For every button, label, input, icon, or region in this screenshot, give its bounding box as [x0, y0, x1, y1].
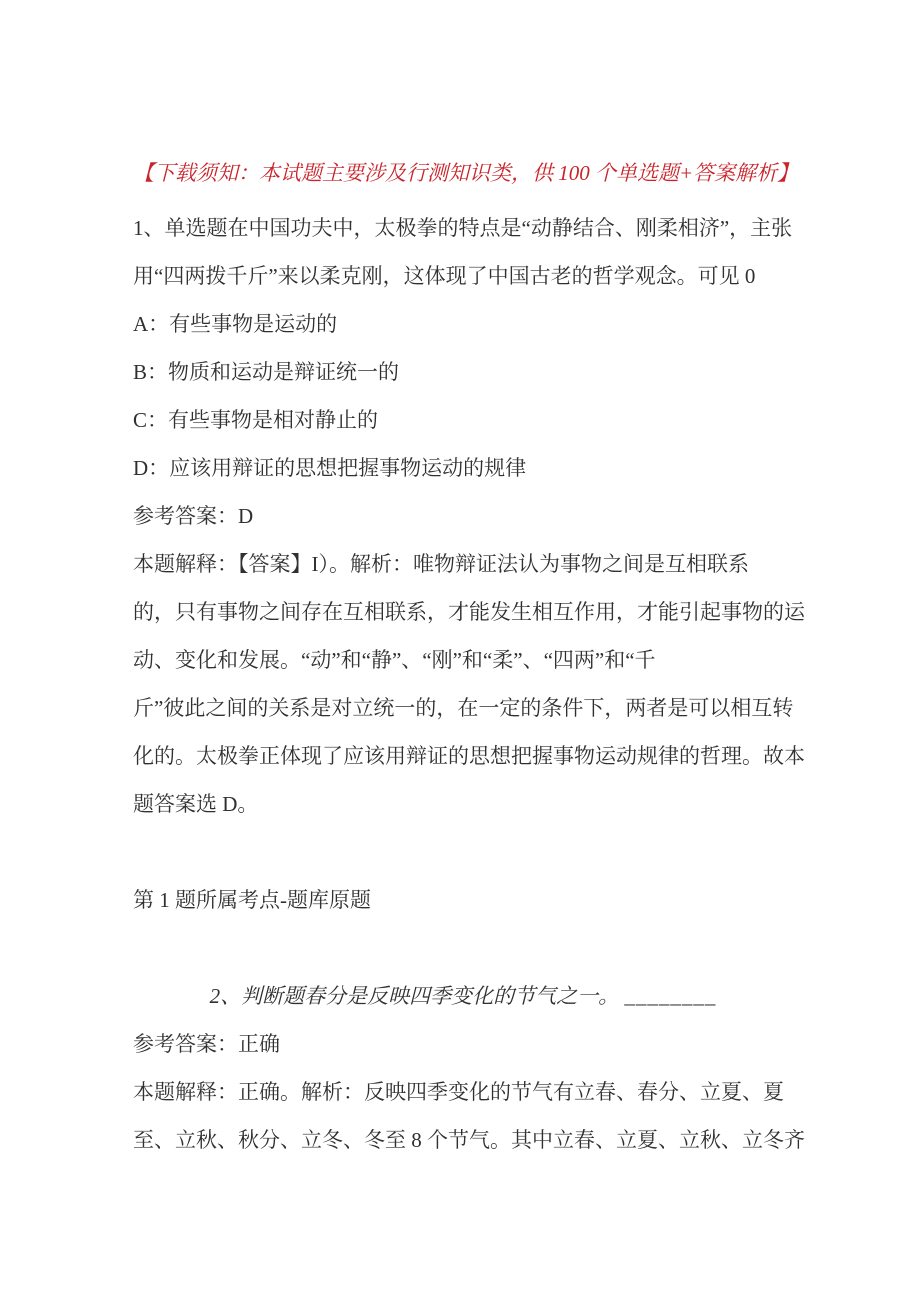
question-1-answer: 参考答案：D: [133, 492, 793, 540]
explanation-line: 题答案选 D。: [133, 780, 793, 828]
download-notice: 【下载须知：本试题主要涉及行测知识类，供 100 个单选题+答案解析】: [133, 149, 793, 197]
question-2-prompt-text: 2、判断题春分是反映四季变化的节气之一。: [210, 984, 620, 1008]
explanation-line: 的，只有事物之间存在互相联系，才能发生相互作用，才能引起事物的运: [133, 588, 793, 636]
explanation-line: 动、变化和发展。“动”和“静”、“刚”和“柔”、“四两”和“千: [133, 636, 793, 684]
explanation-line: 本题解释：【答案】I）。解析：唯物辩证法认为事物之间是互相联系: [133, 540, 793, 588]
option-line: C：有些事物是相对静止的: [133, 396, 793, 444]
question-1-explanation: 本题解释：【答案】I）。解析：唯物辩证法认为事物之间是互相联系的，只有事物之间存…: [133, 540, 793, 828]
question-2-explanation: 本题解释：正确。解析：反映四季变化的节气有立春、春分、立夏、夏至、立秋、秋分、立…: [133, 1068, 793, 1164]
explanation-line: 本题解释：正确。解析：反映四季变化的节气有立春、春分、立夏、夏: [133, 1068, 793, 1116]
explanation-line: 至、立秋、秋分、立冬、冬至 8 个节气。其中立春、立夏、立秋、立冬齐: [133, 1116, 793, 1164]
question-1-prompt-line: 1、单选题在中国功夫中，太极拳的特点是“动静结合、刚柔相济”，主张: [133, 204, 793, 252]
spacer: [133, 828, 793, 876]
question-1-topic: 第 1 题所属考点-题库原题: [133, 876, 793, 924]
question-1-options: A：有些事物是运动的B：物质和运动是辩证统一的C：有些事物是相对静止的D：应该用…: [133, 300, 793, 492]
answer-blank: ________: [624, 984, 716, 1008]
question-1-prompt: 1、单选题在中国功夫中，太极拳的特点是“动静结合、刚柔相济”，主张用“四两拨千斤…: [133, 204, 793, 300]
option-line: D：应该用辩证的思想把握事物运动的规律: [133, 444, 793, 492]
document-page: 【下载须知：本试题主要涉及行测知识类，供 100 个单选题+答案解析】 1、单选…: [0, 0, 920, 1301]
document-content: 【下载须知：本试题主要涉及行测知识类，供 100 个单选题+答案解析】 1、单选…: [133, 149, 793, 1164]
question-2-answer: 参考答案：正确: [133, 1020, 793, 1068]
explanation-line: 斤”彼此之间的关系是对立统一的，在一定的条件下，两者是可以相互转: [133, 684, 793, 732]
option-line: A：有些事物是运动的: [133, 300, 793, 348]
explanation-line: 化的。太极拳正体现了应该用辩证的思想把握事物运动规律的哲理。故本: [133, 732, 793, 780]
option-line: B：物质和运动是辩证统一的: [133, 348, 793, 396]
question-1-prompt-line: 用“四两拨千斤”来以柔克刚，这体现了中国古老的哲学观念。可见 0: [133, 252, 793, 300]
spacer: [133, 924, 793, 972]
question-2-prompt: 2、判断题春分是反映四季变化的节气之一。 ________: [133, 972, 793, 1020]
